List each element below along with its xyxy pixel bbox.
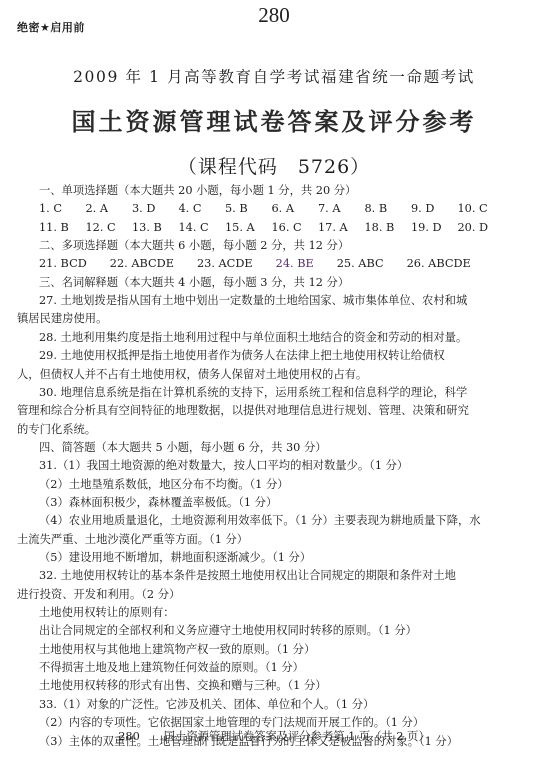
answer-item: 11. B [39, 218, 86, 238]
answer-item: 19. D [411, 218, 458, 238]
multi-choice-answers-row: 21. BCD 22. ABCDE 23. ACDE 24. BE 25. AB… [39, 254, 494, 274]
answer-31-item-4-line-2: 土流失严重、土地沙漠化严重等方面。（1 分） [17, 530, 248, 550]
section-3-heading: 三、名词解释题（本大题共 4 小题，每小题 3 分，共 12 分） [39, 273, 349, 293]
answer-item: 23. ACDE [197, 254, 253, 274]
answer-29-line-1: 29. 土地使用权抵押是指土地使用者作为债务人在法律上把土地使用权转让给债权 [39, 346, 445, 366]
answer-28: 28. 土地利用集约度是指土地利用过程中与单位面积土地结合的资金和劳动的相对量。 [39, 328, 467, 348]
answer-item: 15. A [225, 218, 272, 238]
single-choice-answers-row-2: 11. B 12. C 13. B 14. C 15. A 16. C 17. … [39, 218, 504, 238]
answer-30-line-3: 的专门化系统。 [17, 420, 96, 440]
answer-32-principle-2: 土地使用权与其他地上建筑物产权一致的原则。（1 分） [39, 640, 315, 660]
answer-item: 26. ABCDE [407, 254, 471, 274]
answer-item: 20. D [458, 218, 505, 238]
page-footer: 280国土资源管理试卷答案及评分参考第 1 页（共 2 页） [0, 728, 548, 744]
section-4-heading: 四、简答题（本大题共 5 小题，每小题 6 分，共 30 分） [39, 438, 327, 458]
answer-32-principle-4: 土地使用权转移的形式有出售、交换和赠与三种。（1 分） [39, 676, 327, 696]
answer-item: 4. C [179, 199, 226, 219]
answer-item: 1. C [39, 199, 86, 219]
answer-item: 5. B [225, 199, 272, 219]
answer-32-principle-3: 不得损害土地及地上建筑物任何效益的原则。（1 分） [39, 658, 304, 678]
answer-item: 10. C [458, 199, 505, 219]
exam-session-line: 2009 年 1 月高等教育自学考试福建省统一命题考试 [0, 65, 548, 87]
answer-item: 3. D [132, 199, 179, 219]
answer-31-item-2: （2）土地垦殖系数低，地区分布不均衡。（1 分） [39, 475, 289, 495]
answer-32-line-2: 进行投资、开发和利用。（2 分） [17, 585, 180, 605]
answer-item: 17. A [318, 218, 365, 238]
answer-item: 7. A [318, 199, 365, 219]
answer-32-line-1: 32. 土地使用权转让的基本条件是按照土地使用权出让合同规定的期限和条件对土地 [39, 566, 456, 586]
answer-32-principles-intro: 土地使用权转让的原则有： [39, 603, 175, 623]
answer-30-line-1: 30. 地理信息系统是指在计算机系统的支持下，运用系统工程和信息科学的理论，科学 [39, 383, 467, 403]
answer-33-item-1: 33.（1）对象的广泛性。它涉及机关、团体、单位和个人。（1 分） [39, 695, 374, 715]
answer-30-line-2: 管理和综合分析具有空间特征的地理数据，以提供对地理信息进行规划、管理、决策和研究 [17, 401, 469, 421]
answer-item: 12. C [86, 218, 133, 238]
answer-item: 13. B [132, 218, 179, 238]
page-number: 280 [0, 3, 548, 28]
answer-item: 24. BE [276, 254, 314, 274]
answer-item: 2. A [86, 199, 133, 219]
answer-31-item-5: （5）建设用地不断增加，耕地面积逐渐减少。（1 分） [39, 548, 311, 568]
answer-item: 18. B [365, 218, 412, 238]
answer-31-item-1: 31.（1）我国土地资源的绝对数量大，按人口平均的相对数量少。（1 分） [39, 456, 408, 476]
answer-item: 6. A [272, 199, 319, 219]
footer-course-number: 280 [118, 730, 140, 743]
answer-document-page: 绝密★启用前 280 2009 年 1 月高等教育自学考试福建省统一命题考试 国… [0, 0, 548, 757]
answer-29-line-2: 人，但债权人并不占有土地使用权，债务人保留对土地使用权的占有。 [17, 365, 367, 385]
answer-item: 22. ABCDE [110, 254, 174, 274]
section-2-heading: 二、多项选择题（本大题共 6 小题，每小题 2 分，共 12 分） [39, 236, 349, 256]
answer-item: 9. D [411, 199, 458, 219]
answer-27-line-2: 镇居民建房使用。 [17, 309, 107, 329]
answer-item: 14. C [179, 218, 226, 238]
section-1-heading: 一、单项选择题（本大题共 20 小题，每小题 1 分，共 20 分） [39, 181, 356, 201]
course-code: （课程代码 5726） [0, 152, 548, 179]
single-choice-answers-row-1: 1. C 2. A 3. D 4. C 5. B 6. A 7. A 8. B … [39, 199, 504, 219]
document-title: 国土资源管理试卷答案及评分参考 [0, 102, 548, 137]
answer-item: 8. B [365, 199, 412, 219]
answer-27-line-1: 27. 土地划拨是指从国有土地中划出一定数量的土地给国家、城市集体单位、农村和城 [39, 291, 467, 311]
answer-32-principle-1: 出让合同规定的全部权利和义务应遵守土地使用权同时转移的原则。（1 分） [39, 621, 417, 641]
answer-item: 16. C [272, 218, 319, 238]
footer-page-info: 国土资源管理试卷答案及评分参考第 1 页（共 2 页） [164, 730, 430, 743]
answer-31-item-3: （3）森林面积极少，森林覆盖率极低。（1 分） [39, 493, 277, 513]
answer-item: 21. BCD [39, 254, 87, 274]
answer-item: 25. ABC [337, 254, 384, 274]
answer-31-item-4-line-1: （4）农业用地质量退化，土地资源利用效率低下。（1 分）主要表现为耕地质量下降，… [39, 511, 481, 531]
